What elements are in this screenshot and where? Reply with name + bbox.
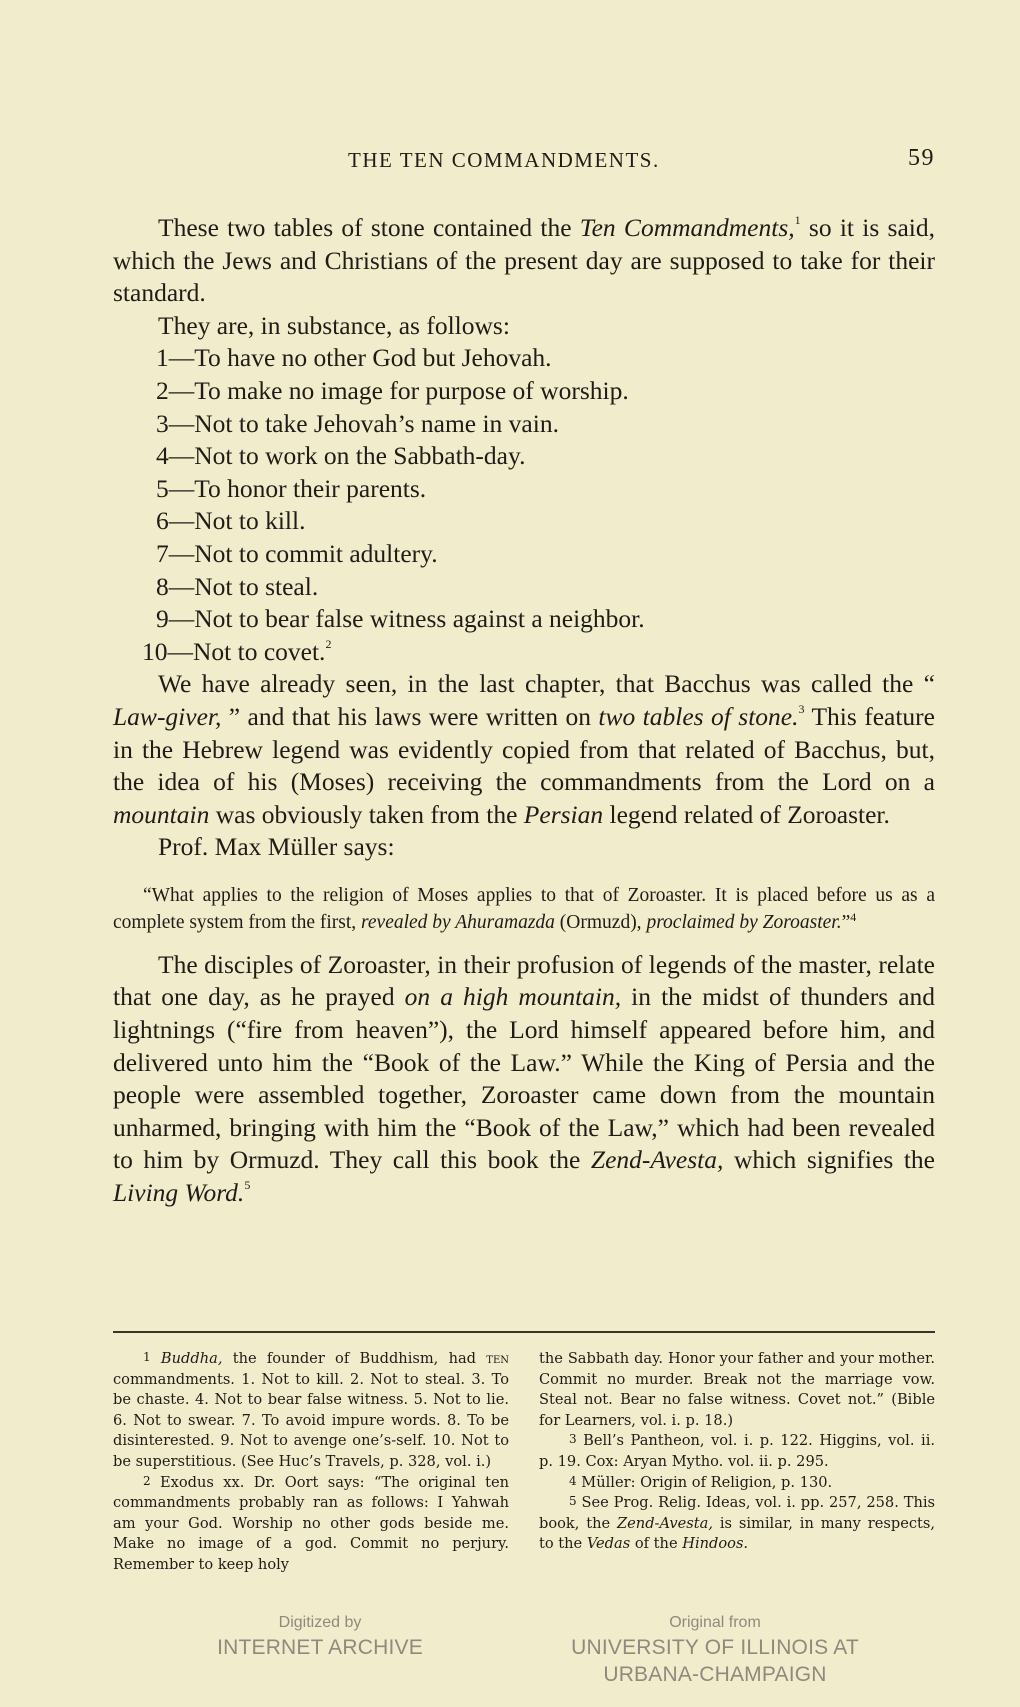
footnote-ref-4[interactable]: 4	[850, 910, 856, 924]
footnote-5: 5 See Prog. Relig. Ideas, vol. i. pp. 25…	[539, 1493, 935, 1555]
list-item: 3—Not to take Jehovah’s name in vain.	[113, 408, 935, 441]
running-title: THE TEN COMMANDMENTS.	[348, 148, 660, 173]
muller-intro: Prof. Max Müller says:	[113, 831, 935, 864]
list-item: 7—Not to commit adultery.	[113, 538, 935, 571]
footnote-2: 2 Exodus xx. Dr. Oort says: “The origina…	[113, 1473, 509, 1576]
watermark-internet-archive: Digitized by INTERNET ARCHIVE	[170, 1612, 470, 1661]
list-intro: They are, in substance, as follows:	[113, 310, 935, 343]
list-item: 6—Not to kill.	[113, 505, 935, 538]
footnotes-left-column: 1 Buddha, the founder of Buddhism, had t…	[113, 1349, 509, 1576]
footnote-4: 4 Müller: Origin of Religion, p. 130.	[539, 1473, 935, 1494]
list-item: 5—To honor their parents.	[113, 473, 935, 506]
bacchus-paragraph: We have already seen, in the last chapte…	[113, 668, 935, 831]
page-number: 59	[908, 145, 935, 172]
footnote-ref-5[interactable]: 5	[244, 1178, 250, 1192]
watermark-university: Original from UNIVERSITY OF ILLINOIS AT …	[540, 1612, 890, 1688]
footnote-2-continued: the Sabbath day. Honor your father and y…	[539, 1349, 935, 1431]
book-page: THE TEN COMMANDMENTS. 59 These two table…	[0, 0, 1020, 1707]
footnote-divider	[113, 1331, 935, 1333]
list-item: 8—Not to steal.	[113, 571, 935, 604]
commandments-list: 1—To have no other God but Jehovah. 2—To…	[113, 342, 935, 668]
footnote-1: 1 Buddha, the founder of Buddhism, had t…	[113, 1349, 509, 1473]
footnotes: 1 Buddha, the founder of Buddhism, had t…	[113, 1349, 935, 1576]
intro-paragraph: These two tables of stone contained the …	[113, 212, 935, 310]
body-text: These two tables of stone contained the …	[113, 212, 935, 1210]
footnote-ref-3[interactable]: 3	[798, 702, 804, 716]
footnote-ref-2[interactable]: 2	[325, 637, 331, 651]
block-quote: “What applies to the religion of Moses a…	[113, 882, 935, 937]
list-item: 10—Not to covet.2	[113, 636, 935, 669]
zoroaster-paragraph: The disciples of Zoroaster, in their pro…	[113, 949, 935, 1210]
footnote-3: 3 Bell’s Pantheon, vol. i. p. 122. Higgi…	[539, 1431, 935, 1472]
list-item: 2—To make no image for purpose of worshi…	[113, 375, 935, 408]
footnote-ref-1[interactable]: 1	[795, 213, 801, 227]
footnotes-right-column: the Sabbath day. Honor your father and y…	[539, 1349, 935, 1576]
list-item: 9—Not to bear false witness against a ne…	[113, 603, 935, 636]
list-item: 1—To have no other God but Jehovah.	[113, 342, 935, 375]
list-item: 4—Not to work on the Sabbath-day.	[113, 440, 935, 473]
